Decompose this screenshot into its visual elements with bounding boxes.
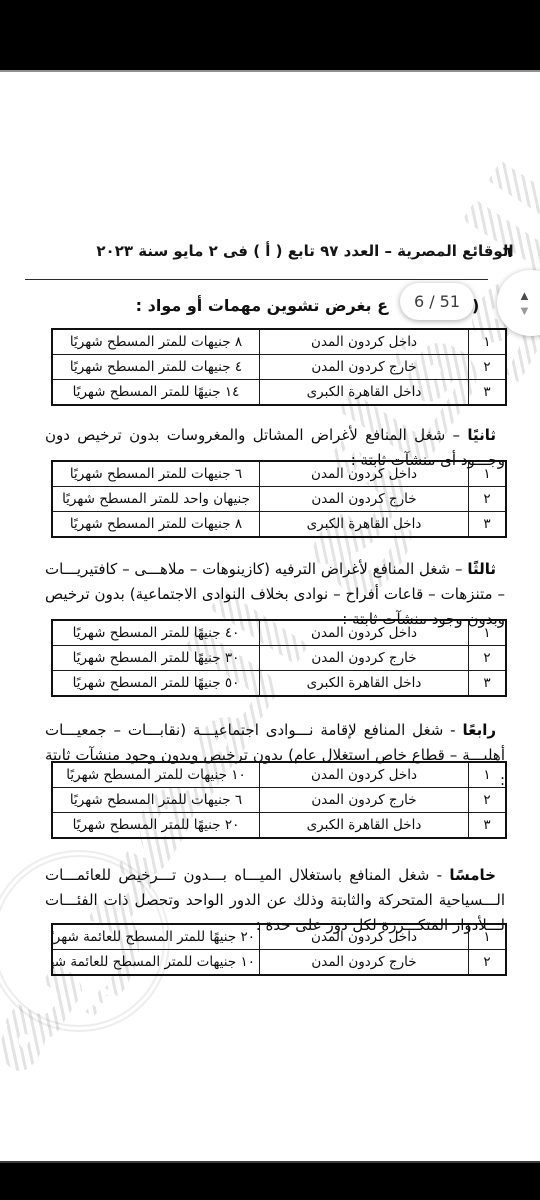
paragraph-lead: رابعًا — [462, 721, 496, 739]
document-content: ٦ الوقائع المصرية – العدد ٩٧ تابع ( أ ) … — [0, 72, 540, 1161]
price-cell: ٦ جنيهات للمتر المسطح شهريًا — [52, 788, 260, 813]
fee-table-5: ١ داخل كردون المدن ٢٠ جنيهًا للمتر المسط… — [51, 923, 507, 976]
price-cell: ١٠ جنيهات للمتر المسطح شهريًا — [52, 762, 260, 788]
zone-cell: داخل كردون المدن — [260, 924, 469, 950]
zone-cell: داخل القاهرة الكبرى — [260, 813, 469, 839]
serial-cell: ٣ — [469, 512, 507, 538]
section-heading: ع بغرض تشوين مهمات أو مواد : — [136, 296, 388, 315]
serial-cell: ٢ — [469, 950, 507, 976]
table-row: ١ داخل كردون المدن ٦ جنيهات للمتر المسطح… — [52, 461, 506, 487]
header-divider — [25, 279, 488, 280]
price-cell: ٤ جنيهات للمتر المسطح شهريًا — [52, 355, 260, 380]
fee-table-2: ١ داخل كردون المدن ٦ جنيهات للمتر المسطح… — [51, 460, 507, 538]
price-cell: ٨ جنيهات للمتر المسطح شهريًا — [52, 329, 260, 355]
fee-table-3: ١ داخل كردون المدن ٤٠ جنيهًا للمتر المسط… — [51, 619, 507, 697]
price-cell: جنيهان واحد للمتر المسطح شهريًا — [52, 487, 260, 512]
price-cell: ٤٠ جنيهًا للمتر المسطح شهريًا — [52, 620, 260, 646]
bottom-nav-bar — [0, 1161, 540, 1200]
fee-table-4: ١ داخل كردون المدن ١٠ جنيهات للمتر المسط… — [51, 761, 507, 839]
table-row: ١ داخل كردون المدن ٢٠ جنيهًا للمتر المسط… — [52, 924, 506, 950]
header-title: الوقائع المصرية – العدد ٩٧ تابع ( أ ) فى… — [0, 242, 540, 260]
paragraph-body: – شغل المنافع لأغراض الترفيه (كازينوهات … — [45, 560, 505, 628]
paragraph-lead: ثالثًا — [467, 560, 496, 578]
serial-cell: ٢ — [469, 487, 507, 512]
zone-cell: داخل كردون المدن — [260, 620, 469, 646]
table-row: ٢ خارج كردون المدن ٣٠ جنيهًا للمتر المسط… — [52, 646, 506, 671]
zone-cell: خارج كردون المدن — [260, 646, 469, 671]
serial-cell: ٣ — [469, 813, 507, 839]
table-row: ٣ داخل القاهرة الكبرى ٥٠ جنيهًا للمتر ال… — [52, 671, 506, 697]
page-indicator-pill: 6 / 51 — [400, 283, 474, 320]
top-status-bar — [0, 0, 540, 72]
serial-cell: ٣ — [469, 671, 507, 697]
price-cell: ٦ جنيهات للمتر المسطح شهريًا — [52, 461, 260, 487]
price-cell: ١٠ جنيهات للمتر المسطح للعائمة شهريًا — [52, 950, 260, 976]
fee-table-1: ١ داخل كردون المدن ٨ جنيهات للمتر المسطح… — [51, 328, 507, 406]
serial-cell: ٣ — [469, 380, 507, 406]
price-cell: ١٤ جنيهًا للمتر المسطح شهريًا — [52, 380, 260, 406]
paragraph-lead: خامسًا — [449, 866, 496, 884]
table-row: ٢ خارج كردون المدن جنيهان واحد للمتر الم… — [52, 487, 506, 512]
document-header: ٦ الوقائع المصرية – العدد ٩٧ تابع ( أ ) … — [0, 242, 540, 266]
paragraph-lead: ثانيًا — [467, 426, 496, 444]
table-row: ٣ داخل القاهرة الكبرى ١٤ جنيهًا للمتر ال… — [52, 380, 506, 406]
table-row: ٢ خارج كردون المدن ٦ جنيهات للمتر المسطح… — [52, 788, 506, 813]
serial-cell: ١ — [469, 762, 507, 788]
table-row: ٢ خارج كردون المدن ٤ جنيهات للمتر المسطح… — [52, 355, 506, 380]
zone-cell: داخل القاهرة الكبرى — [260, 512, 469, 538]
table-row: ٣ داخل القاهرة الكبرى ٢٠ جنيهًا للمتر ال… — [52, 813, 506, 839]
table-row: ٣ داخل القاهرة الكبرى ٨ جنيهات للمتر الم… — [52, 512, 506, 538]
serial-cell: ١ — [469, 620, 507, 646]
zone-cell: خارج كردون المدن — [260, 950, 469, 976]
zone-cell: داخل القاهرة الكبرى — [260, 671, 469, 697]
serial-cell: ١ — [469, 924, 507, 950]
serial-cell: ١ — [469, 461, 507, 487]
price-cell: ٣٠ جنيهًا للمتر المسطح شهريًا — [52, 646, 260, 671]
table-row: ١ داخل كردون المدن ١٠ جنيهات للمتر المسط… — [52, 762, 506, 788]
header-page-number: ٦ — [503, 243, 512, 261]
zone-cell: خارج كردون المدن — [260, 355, 469, 380]
zone-cell: خارج كردون المدن — [260, 788, 469, 813]
zone-cell: داخل كردون المدن — [260, 329, 469, 355]
serial-cell: ٢ — [469, 788, 507, 813]
table-row: ١ داخل كردون المدن ٤٠ جنيهًا للمتر المسط… — [52, 620, 506, 646]
scroll-up-button[interactable]: ▲ — [497, 288, 531, 303]
zone-cell: داخل كردون المدن — [260, 461, 469, 487]
price-cell: ٨ جنيهات للمتر المسطح شهريًا — [52, 512, 260, 538]
price-cell: ٢٠ جنيهًا للمتر المسطح للعائمة شهريًا — [52, 924, 260, 950]
zone-cell: داخل القاهرة الكبرى — [260, 380, 469, 406]
table-row: ٢ خارج كردون المدن ١٠ جنيهات للمتر المسط… — [52, 950, 506, 976]
price-cell: ٥٠ جنيهًا للمتر المسطح شهريًا — [52, 671, 260, 697]
serial-cell: ٢ — [469, 646, 507, 671]
zone-cell: خارج كردون المدن — [260, 487, 469, 512]
document-page: الوقائع المصرية ٦ الوقائع المصرية – العد… — [0, 72, 540, 1161]
table-row: ١ داخل كردون المدن ٨ جنيهات للمتر المسطح… — [52, 329, 506, 355]
price-cell: ٢٠ جنيهًا للمتر المسطح شهريًا — [52, 813, 260, 839]
zone-cell: داخل كردون المدن — [260, 762, 469, 788]
serial-cell: ٢ — [469, 355, 507, 380]
serial-cell: ١ — [469, 329, 507, 355]
scroll-down-button[interactable]: ▼ — [497, 303, 531, 318]
screen: الوقائع المصرية ٦ الوقائع المصرية – العد… — [0, 0, 540, 1200]
